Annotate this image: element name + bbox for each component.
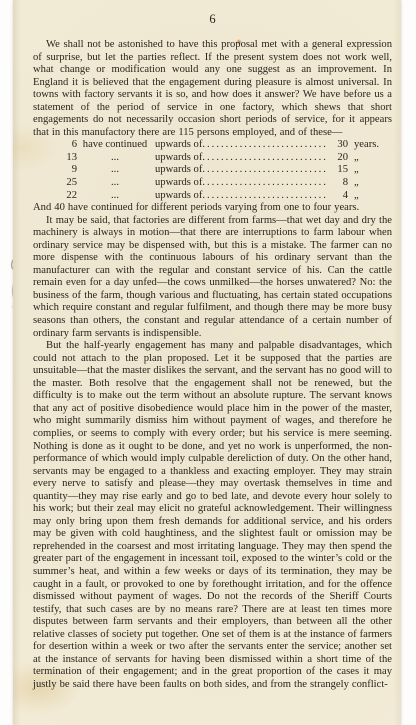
table-row: 25 ... upwards of 8 „ xyxy=(33,177,392,190)
table-row: 13 ... upwards of 20 „ xyxy=(33,152,392,165)
paragraph-proposal: We shall not be astonished to have this … xyxy=(33,39,392,139)
upwards-of-label: upwards of xyxy=(153,139,202,152)
years-unit: „ xyxy=(348,190,392,203)
dot-leader xyxy=(202,177,326,190)
years-unit: years. xyxy=(348,139,392,152)
dot-leader xyxy=(202,190,326,203)
service-length-table: 6 have continued upwards of 30 years. 13… xyxy=(33,139,392,202)
persons-count: 9 xyxy=(33,164,77,177)
dot-leader xyxy=(202,164,326,177)
persons-count: 13 xyxy=(33,152,77,165)
scanned-book-page: 6 We shall not be astonished to have thi… xyxy=(0,0,416,725)
paragraph-factories-vs-farms: It may be said, that factories are diffe… xyxy=(33,215,392,340)
ditto-mark: ... xyxy=(77,164,153,177)
upwards-of-label: upwards of xyxy=(153,152,202,165)
dot-leader xyxy=(202,152,326,165)
years-unit: „ xyxy=(348,152,392,165)
paragraph-half-yearly-engagement: But the half-yearly engagement has many … xyxy=(33,340,392,691)
years-unit: „ xyxy=(348,177,392,190)
persons-count: 6 xyxy=(33,139,77,152)
years-value: 20 xyxy=(326,152,348,165)
ditto-mark: ... xyxy=(77,177,153,190)
page-number: 6 xyxy=(33,12,392,26)
years-value: 4 xyxy=(326,190,348,203)
years-value: 8 xyxy=(326,177,348,190)
upwards-of-label: upwards of xyxy=(153,190,202,203)
continued-label: have continued xyxy=(77,139,153,152)
table-row: 22 ... upwards of 4 „ xyxy=(33,190,392,203)
years-unit: „ xyxy=(348,164,392,177)
persons-count: 25 xyxy=(33,177,77,190)
persons-count: 22 xyxy=(33,190,77,203)
upwards-of-label: upwards of xyxy=(153,177,202,190)
ditto-mark: ... xyxy=(77,152,153,165)
upwards-of-label: upwards of xyxy=(153,164,202,177)
table-row: 9 ... upwards of 15 „ xyxy=(33,164,392,177)
table-footer-line: And 40 have continued for different peri… xyxy=(33,202,392,215)
book-page-paper: 6 We shall not be astonished to have thi… xyxy=(13,0,401,725)
table-row: 6 have continued upwards of 30 years. xyxy=(33,139,392,152)
ditto-mark: ... xyxy=(77,190,153,203)
years-value: 30 xyxy=(326,139,348,152)
dot-leader xyxy=(202,139,326,152)
years-value: 15 xyxy=(326,164,348,177)
